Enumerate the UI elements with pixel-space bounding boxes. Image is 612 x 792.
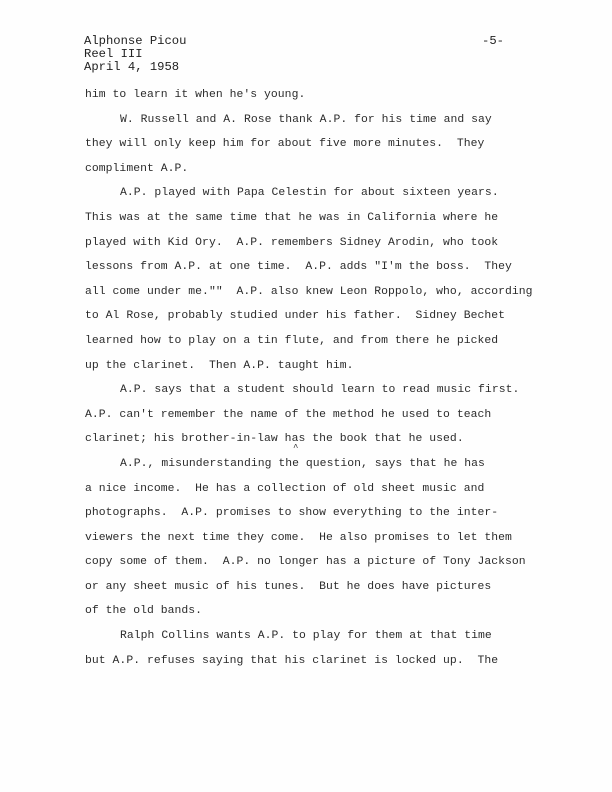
header-date: April 4, 1958 (84, 61, 186, 74)
text-line: or any sheet music of his tunes. But he … (85, 575, 565, 600)
text-line: learned how to play on a tin flute, and … (85, 329, 565, 354)
text-line: viewers the next time they come. He also… (85, 526, 565, 551)
text-line: lessons from A.P. at one time. A.P. adds… (85, 255, 565, 280)
text-line: him to learn it when he's young. (85, 83, 565, 108)
text-line: played with Kid Ory. A.P. remembers Sidn… (85, 231, 565, 256)
text-line: of the old bands. (85, 599, 565, 624)
text-line: a nice income. He has a collection of ol… (85, 477, 565, 502)
transcript-body: him to learn it when he's young.W. Russe… (85, 83, 565, 673)
text-line: all come under me."" A.P. also knew Leon… (85, 280, 565, 305)
text-line: Ralph Collins wants A.P. to play for the… (85, 624, 565, 649)
text-line: photographs. A.P. promises to show every… (85, 501, 565, 526)
text-line: A.P. can't remember the name of the meth… (85, 403, 565, 428)
document-header: Alphonse Picou Reel III April 4, 1958 (84, 35, 186, 74)
text-line: W. Russell and A. Rose thank A.P. for hi… (85, 108, 565, 133)
text-line: clarinet; his brother-in-law has the boo… (85, 427, 565, 452)
text-line: to Al Rose, probably studied under his f… (85, 304, 565, 329)
text-line: This was at the same time that he was in… (85, 206, 565, 231)
text-line: but A.P. refuses saying that his clarine… (85, 649, 565, 674)
handwritten-caret-mark: ^ (293, 443, 298, 453)
text-line: they will only keep him for about five m… (85, 132, 565, 157)
document-page: Alphonse Picou Reel III April 4, 1958 -5… (0, 0, 612, 792)
text-line: compliment A.P. (85, 157, 565, 182)
text-line: up the clarinet. Then A.P. taught him. (85, 354, 565, 379)
text-line: copy some of them. A.P. no longer has a … (85, 550, 565, 575)
text-line: A.P. says that a student should learn to… (85, 378, 565, 403)
page-number: -5- (482, 35, 504, 48)
text-line: A.P., misunderstanding the question, say… (85, 452, 565, 477)
text-line: A.P. played with Papa Celestin for about… (85, 181, 565, 206)
